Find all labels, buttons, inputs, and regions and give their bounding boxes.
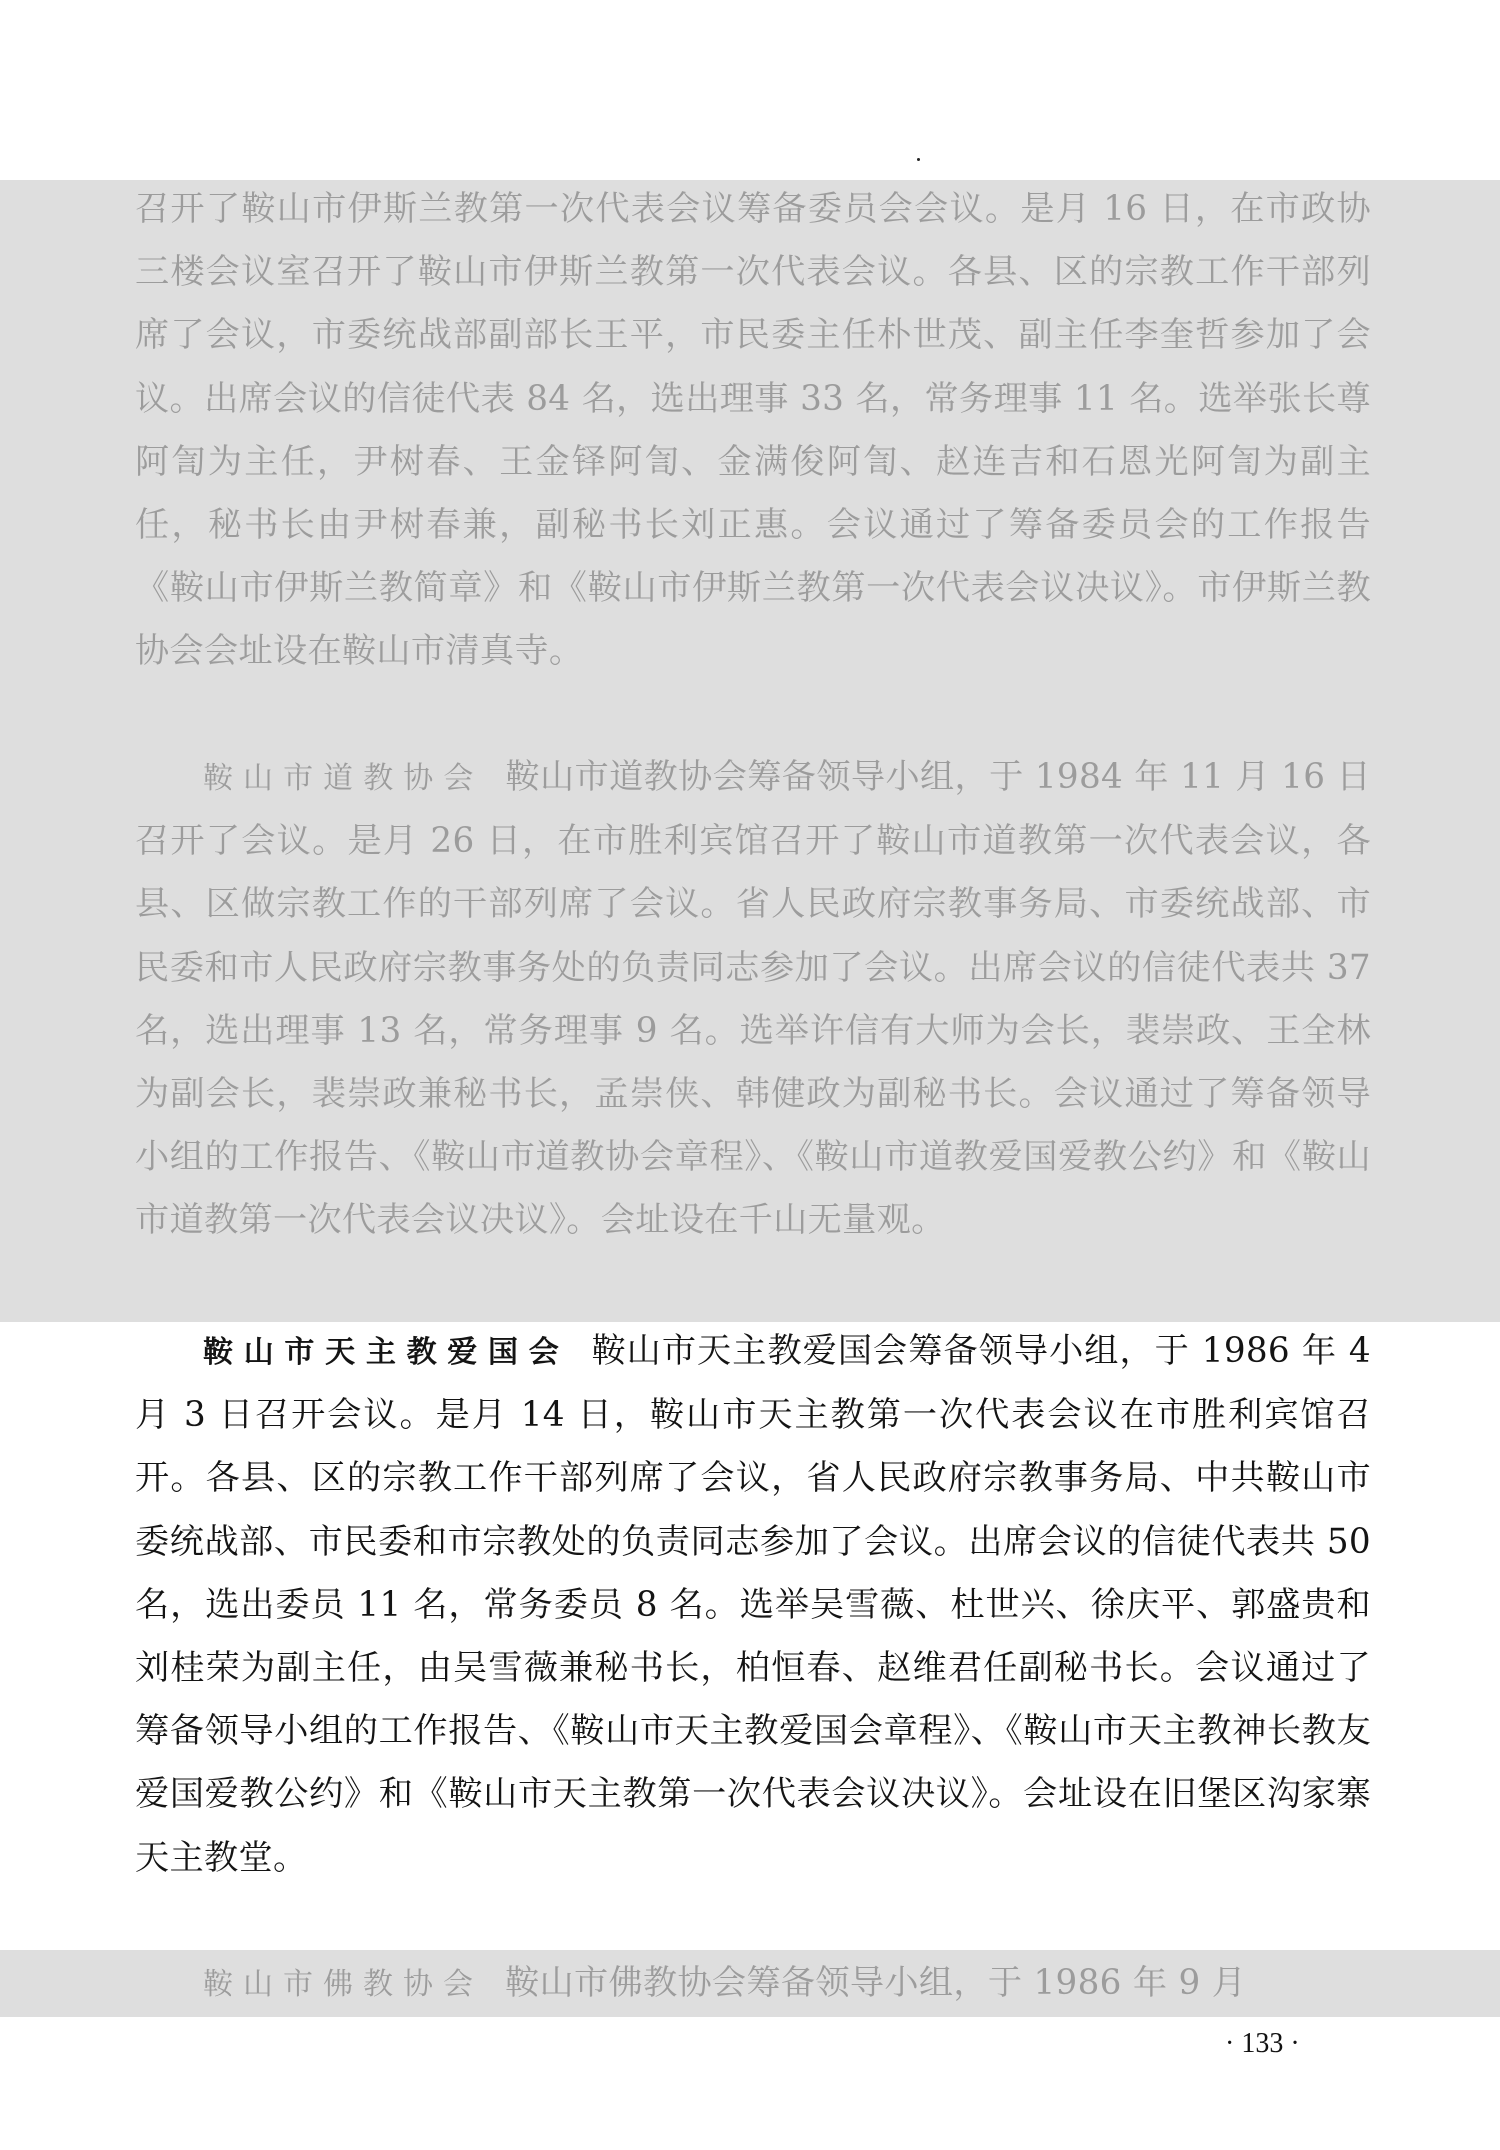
paragraph-taoism: 鞍山市道教协会鞍山市道教协会筹备领导小组，于 1984 年 11 月 16 日召… (135, 746, 1371, 1253)
paragraph-buddhism-text: 鞍山市佛教协会筹备领导小组，于 1986 年 9 月 (505, 1963, 1246, 2003)
section-heading-catholic: 鞍山市天主教爱国会 (203, 1335, 569, 1370)
paragraph-buddhism: 鞍山市佛教协会鞍山市佛教协会筹备领导小组，于 1986 年 9 月 (135, 1952, 1371, 2016)
paragraph-islam-continued: 召开了鞍山市伊斯兰教第一次代表会议筹备委员会会议。是月 16 日，在市政协三楼会… (135, 178, 1371, 684)
section-buddhism: 鞍山市佛教协会鞍山市佛教协会筹备领导小组，于 1986 年 9 月 (135, 1952, 1371, 2016)
section-catholic: 鞍山市天主教爱国会鞍山市天主教爱国会筹备领导小组，于 1986 年 4 月 3 … (135, 1320, 1371, 1890)
section-islam-continued: 召开了鞍山市伊斯兰教第一次代表会议筹备委员会会议。是月 16 日，在市政协三楼会… (135, 178, 1371, 684)
section-taoism: 鞍山市道教协会鞍山市道教协会筹备领导小组，于 1984 年 11 月 16 日召… (135, 746, 1371, 1253)
section-heading-taoism: 鞍山市道教协会 (203, 761, 483, 796)
page-number: · 133 · (1225, 2028, 1300, 2060)
scan-speck (917, 158, 920, 161)
section-heading-buddhism: 鞍山市佛教协会 (203, 1967, 483, 2002)
paragraph-taoism-text: 鞍山市道教协会筹备领导小组，于 1984 年 11 月 16 日召开了会议。是月… (135, 757, 1371, 1240)
paragraph-catholic-text: 鞍山市天主教爱国会筹备领导小组，于 1986 年 4 月 3 日召开会议。是月 … (135, 1331, 1371, 1878)
paragraph-catholic: 鞍山市天主教爱国会鞍山市天主教爱国会筹备领导小组，于 1986 年 4 月 3 … (135, 1320, 1371, 1890)
